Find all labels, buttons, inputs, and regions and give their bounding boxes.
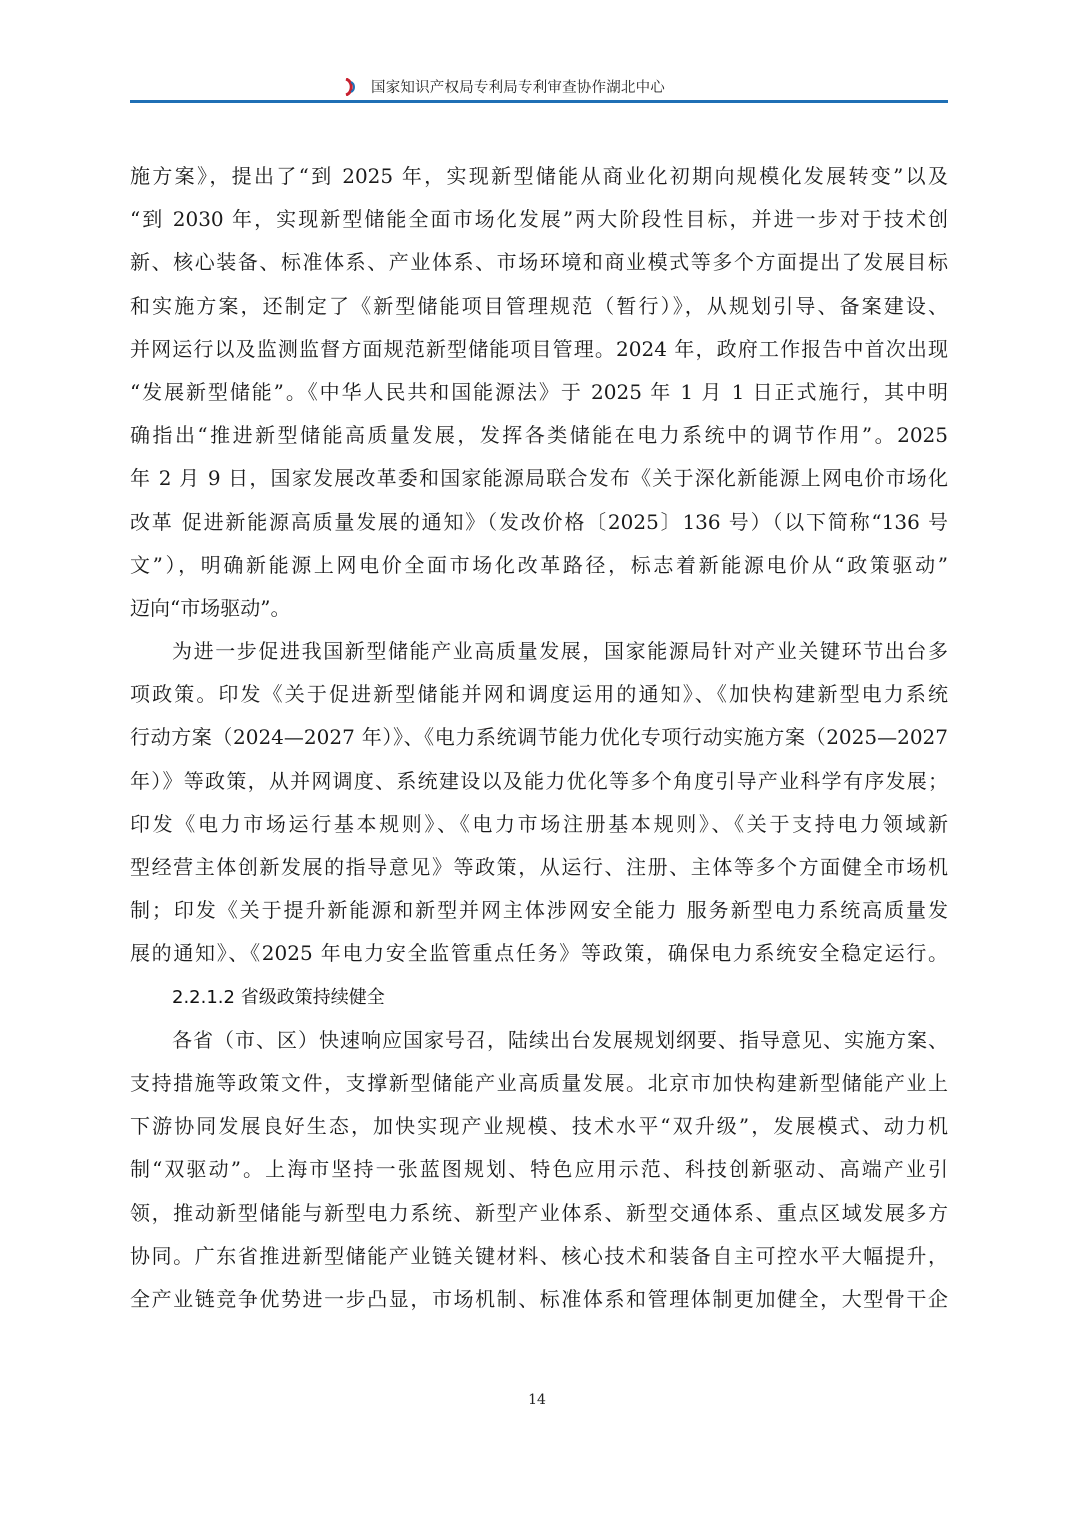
document-body: 施方案》，提出了“到 2025 年，实现新型储能从商业化初期向规模化发展转变”以… — [130, 155, 948, 1321]
text-line: 支持措施等政策文件，支撑新型储能产业高质量发展。北京市加快构建新型储能产业上 — [130, 1062, 948, 1105]
text-line: 制“双驱动”。上海市坚持一张蓝图规划、特色应用示范、科技创新驱动、高端产业引 — [130, 1148, 948, 1191]
text-line: 制；印发《关于提升新能源和新型并网主体涉网安全能力 服务新型电力系统高质量发 — [130, 889, 948, 932]
header-rule — [130, 100, 948, 103]
text-line: 年）》等政策，从并网调度、系统建设以及能力优化等多个角度引导产业科学有序发展； — [130, 760, 948, 803]
text-line: 领，推动新型储能与新型电力系统、新型产业体系、新型交通体系、重点区域发展多方 — [130, 1192, 948, 1235]
page-header: 国家知识产权局专利局专利审查协作湖北中心 — [130, 74, 948, 100]
text-line: “发展新型储能”。《中华人民共和国能源法》于 2025 年 1 月 1 日正式施… — [130, 371, 948, 414]
text-line: “到 2030 年，实现新型储能全面市场化发展”两大阶段性目标，并进一步对于技术… — [130, 198, 948, 241]
text-line: 型经营主体创新发展的指导意见》等政策，从运行、注册、主体等多个方面健全市场机 — [130, 846, 948, 889]
page-number: 14 — [0, 1392, 1074, 1408]
text-line: 全产业链竞争优势进一步凸显，市场机制、标准体系和管理体制更加健全，大型骨干企 — [130, 1278, 948, 1321]
text-line: 和实施方案，还制定了《新型储能项目管理规范（暂行）》，从规划引导、备案建设、 — [130, 285, 948, 328]
text-line: 展的通知》、《2025 年电力安全监管重点任务》等政策，确保电力系统安全稳定运行… — [130, 932, 948, 975]
cnipa-logo-icon — [343, 78, 359, 96]
header-inner: 国家知识产权局专利局专利审查协作湖北中心 — [343, 76, 665, 97]
text-line: 文”），明确新能源上网电价全面市场化改革路径，标志着新能源电价从“政策驱动” — [130, 544, 948, 587]
text-line: 下游协同发展良好生态，加快实现产业规模、技术水平“双升级”，发展模式、动力机 — [130, 1105, 948, 1148]
text-line: 改革 促进新能源高质量发展的通知》（发改价格〔2025〕136 号）（以下简称“… — [130, 501, 948, 544]
text-line: 为进一步促进我国新型储能产业高质量发展，国家能源局针对产业关键环节出台多 — [130, 630, 948, 673]
text-line: 各省（市、区）快速响应国家号召，陆续出台发展规划纲要、指导意见、实施方案、 — [130, 1019, 948, 1062]
text-line: 确指出“推进新型储能高质量发展，发挥各类储能在电力系统中的调节作用”。2025 — [130, 414, 948, 457]
text-line: 协同。广东省推进新型储能产业链关键材料、核心技术和装备自主可控水平大幅提升， — [130, 1235, 948, 1278]
section-heading: 2.2.1.2 省级政策持续健全 — [130, 976, 948, 1019]
paragraph-2: 为进一步促进我国新型储能产业高质量发展，国家能源局针对产业关键环节出台多 项政策… — [130, 630, 948, 976]
paragraph-1: 施方案》，提出了“到 2025 年，实现新型储能从商业化初期向规模化发展转变”以… — [130, 155, 948, 630]
text-line: 行动方案（2024—2027 年）》、《电力系统调节能力优化专项行动实施方案（2… — [130, 716, 948, 759]
text-line: 新、核心装备、标准体系、产业体系、市场环境和商业模式等多个方面提出了发展目标 — [130, 241, 948, 284]
paragraph-3: 各省（市、区）快速响应国家号召，陆续出台发展规划纲要、指导意见、实施方案、 支持… — [130, 1019, 948, 1321]
text-line: 项政策。印发《关于促进新型储能并网和调度运用的通知》、《加快构建新型电力系统 — [130, 673, 948, 716]
text-line: 印发《电力市场运行基本规则》、《电力市场注册基本规则》、《关于支持电力领域新 — [130, 803, 948, 846]
text-line: 迈向“市场驱动”。 — [130, 587, 948, 630]
text-line: 并网运行以及监测监督方面规范新型储能项目管理。2024 年，政府工作报告中首次出… — [130, 328, 948, 371]
header-title: 国家知识产权局专利局专利审查协作湖北中心 — [371, 76, 665, 97]
text-line: 年 2 月 9 日，国家发展改革委和国家能源局联合发布《关于深化新能源上网电价市… — [130, 457, 948, 500]
text-line: 施方案》，提出了“到 2025 年，实现新型储能从商业化初期向规模化发展转变”以… — [130, 155, 948, 198]
